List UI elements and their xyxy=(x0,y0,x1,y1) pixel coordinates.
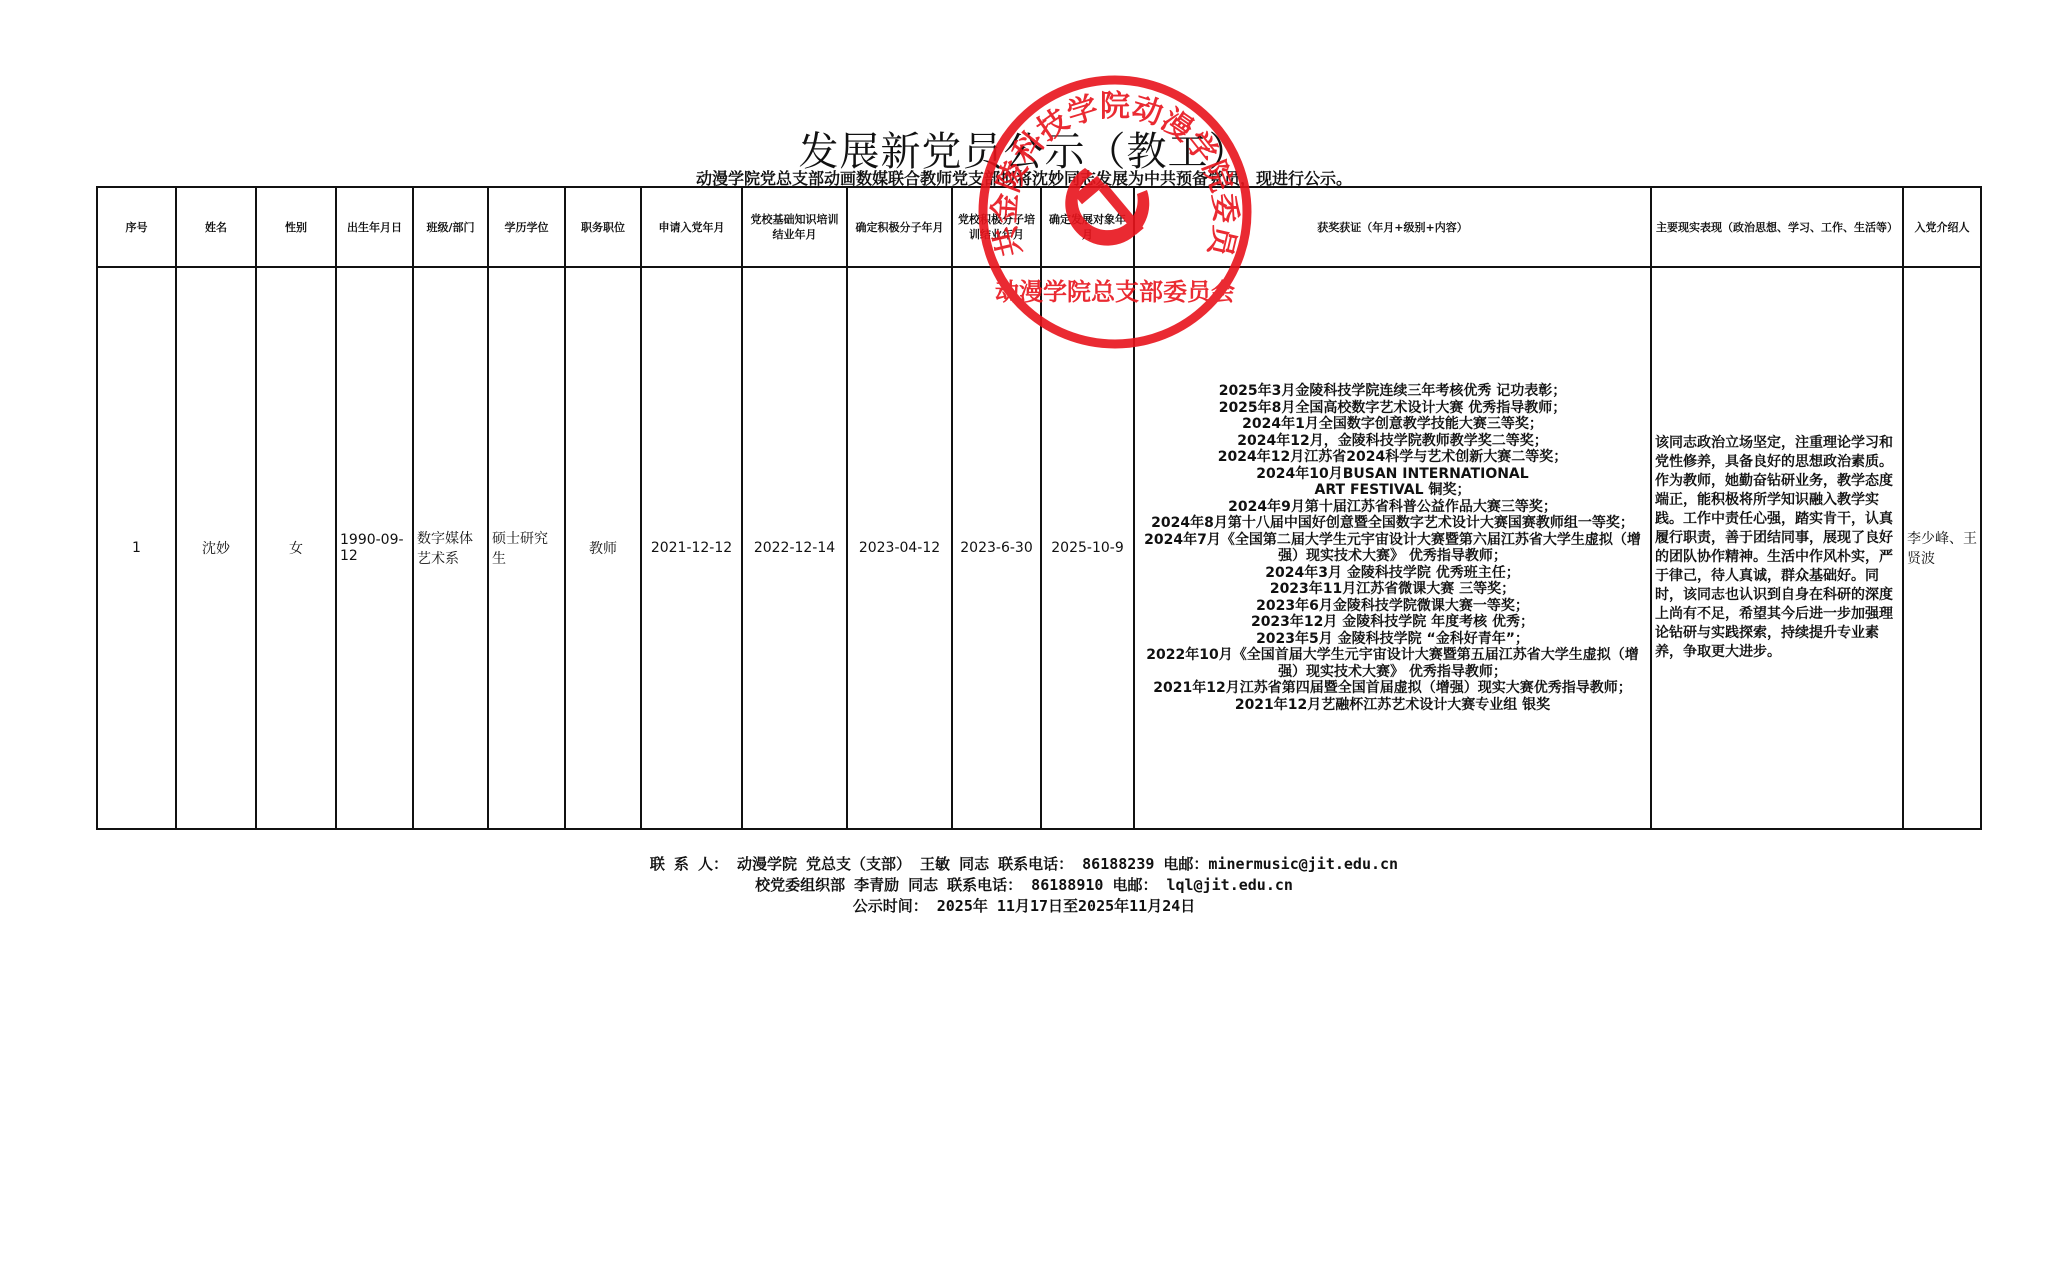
award-item: 2024年3月 金陵科技学院 优秀班主任； xyxy=(1138,565,1647,582)
cell-activist-date: 2023-04-12 xyxy=(847,267,952,829)
award-item: 强）现实技术大赛》 优秀指导教师； xyxy=(1138,664,1647,681)
award-item: 2024年8月第十八届中国好创意暨全国数字艺术设计大赛国赛教师组一等奖； xyxy=(1138,515,1647,532)
cell-name: 沈妙 xyxy=(176,267,256,829)
header-cell: 主要现实表现（政治思想、学习、工作、生活等） xyxy=(1651,187,1903,267)
header-cell: 获奖获证（年月+级别+内容） xyxy=(1134,187,1651,267)
cell-school-basic-training: 2022-12-14 xyxy=(742,267,847,829)
header-cell: 确定积极分子年月 xyxy=(847,187,952,267)
award-item: 2025年8月全国高校数字艺术设计大赛 优秀指导教师； xyxy=(1138,400,1647,417)
cell-index: 1 xyxy=(97,267,176,829)
award-item: 2023年12月 金陵科技学院 年度考核 优秀； xyxy=(1138,614,1647,631)
header-cell: 党校基础知识培训结业年月 xyxy=(742,187,847,267)
cell-birth: 1990-09-12 xyxy=(336,267,413,829)
table-header-row: 序号 姓名 性别 出生年月日 班级/部门 学历学位 职务职位 申请入党年月 党校… xyxy=(97,187,1981,267)
award-item: 2024年1月全国数字创意教学技能大赛三等奖； xyxy=(1138,416,1647,433)
cell-position: 教师 xyxy=(565,267,641,829)
header-cell: 入党介绍人 xyxy=(1903,187,1981,267)
cell-department: 数字媒体艺术系 xyxy=(413,267,488,829)
award-item: 2023年11月江苏省微课大赛 三等奖； xyxy=(1138,581,1647,598)
award-item: 2024年12月，金陵科技学院教师教学奖二等奖； xyxy=(1138,433,1647,450)
candidate-table: 序号 姓名 性别 出生年月日 班级/部门 学历学位 职务职位 申请入党年月 党校… xyxy=(96,186,1982,830)
award-item: 2022年10月《全国首届大学生元宇宙设计大赛暨第五届江苏省大学生虚拟（增 xyxy=(1138,647,1647,664)
header-cell: 班级/部门 xyxy=(413,187,488,267)
award-item: 2021年12月艺融杯江苏艺术设计大赛专业组 银奖 xyxy=(1138,697,1647,714)
contact-line-branch: 联 系 人： 动漫学院 党总支（支部） 王敏 同志 联系电话： 86188239… xyxy=(0,854,2048,875)
header-cell: 申请入党年月 xyxy=(641,187,742,267)
cell-apply-date: 2021-12-12 xyxy=(641,267,742,829)
award-item: ART FESTIVAL 铜奖； xyxy=(1138,482,1647,499)
contact-line-org-dept: 校党委组织部 李青励 同志 联系电话： 86188910 电邮： lql@jit… xyxy=(0,875,2048,896)
cell-awards: 2025年3月金陵科技学院连续三年考核优秀 记功表彰；2025年8月全国高校数字… xyxy=(1134,267,1651,829)
award-item: 2021年12月江苏省第四届暨全国首届虚拟（增强）现实大赛优秀指导教师； xyxy=(1138,680,1647,697)
header-cell: 学历学位 xyxy=(488,187,565,267)
header-cell: 职务职位 xyxy=(565,187,641,267)
award-item: 2024年10月BUSAN INTERNATIONAL xyxy=(1138,466,1647,483)
header-cell: 党校积极分子培训结业年月 xyxy=(952,187,1041,267)
table-row: 1 沈妙 女 1990-09-12 数字媒体艺术系 硕士研究生 教师 2021-… xyxy=(97,267,1981,829)
award-item: 2024年9月第十届江苏省科普公益作品大赛三等奖； xyxy=(1138,499,1647,516)
header-cell: 性别 xyxy=(256,187,336,267)
cell-candidate-date: 2025-10-9 xyxy=(1041,267,1134,829)
header-cell: 序号 xyxy=(97,187,176,267)
award-item: 2024年7月《全国第二届大学生元宇宙设计大赛暨第六届江苏省大学生虚拟（增 xyxy=(1138,532,1647,549)
award-item: 2023年5月 金陵科技学院 “金科好青年”； xyxy=(1138,631,1647,648)
cell-activist-training: 2023-6-30 xyxy=(952,267,1041,829)
cell-introducers: 李少峰、王贤波 xyxy=(1903,267,1981,829)
cell-education: 硕士研究生 xyxy=(488,267,565,829)
publicity-period: 公示时间： 2025年 11月17日至2025年11月24日 xyxy=(0,896,2048,917)
contact-footer: 联 系 人： 动漫学院 党总支（支部） 王敏 同志 联系电话： 86188239… xyxy=(0,854,2048,917)
cell-performance: 该同志政治立场坚定，注重理论学习和党性修养，具备良好的思想政治素质。作为教师，她… xyxy=(1651,267,1903,829)
header-cell: 确定发展对象年月 xyxy=(1041,187,1134,267)
award-item: 强）现实技术大赛》 优秀指导教师； xyxy=(1138,548,1647,565)
cell-gender: 女 xyxy=(256,267,336,829)
header-cell: 出生年月日 xyxy=(336,187,413,267)
header-cell: 姓名 xyxy=(176,187,256,267)
award-item: 2025年3月金陵科技学院连续三年考核优秀 记功表彰； xyxy=(1138,383,1647,400)
award-item: 2024年12月江苏省2024科学与艺术创新大赛二等奖； xyxy=(1138,449,1647,466)
award-item: 2023年6月金陵科技学院微课大赛一等奖； xyxy=(1138,598,1647,615)
